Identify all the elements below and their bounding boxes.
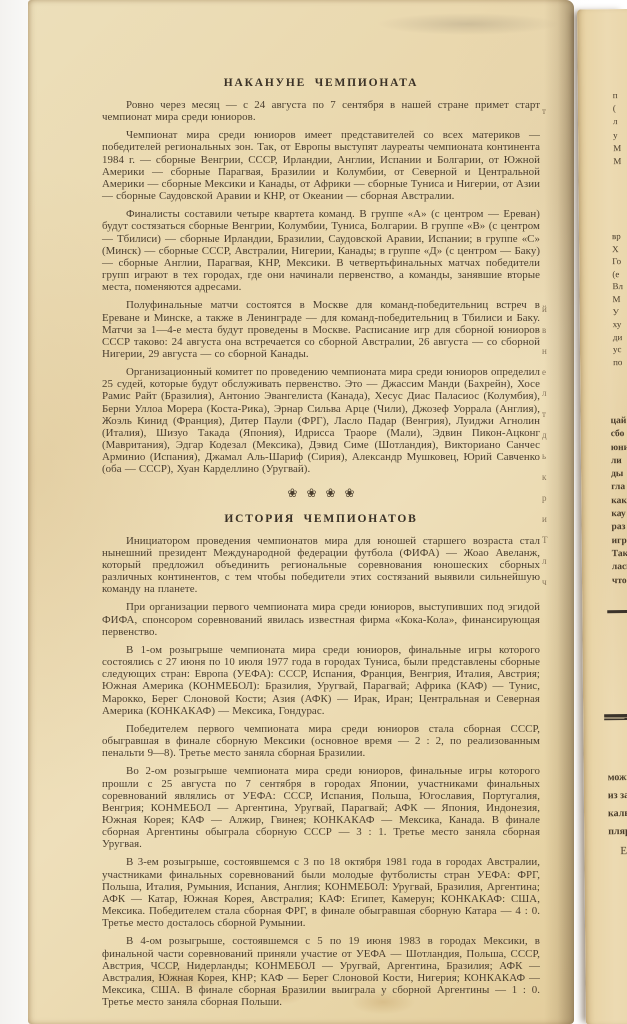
horizontal-rule [607,610,627,613]
text-column: НАКАНУНЕ ЧЕМПИОНАТА Ровно через месяц — … [102,76,540,1014]
paragraph: В 4-ом розыгрыше, состоявшемся с 5 по 19… [102,935,540,1008]
paragraph: В 1-ом розыгрыше чемпионата мира среди ю… [102,644,540,717]
horizontal-rule [604,714,627,720]
adjacent-page-text-fragment: Е. [620,845,627,857]
section-title-history: ИСТОРИЯ ЧЕМПИОНАТОВ [102,512,540,526]
paragraph: Организационный комитет по проведению че… [102,366,540,475]
page-edge-letter-fragments: й в н е л т д ь к р и Т л ч [542,299,548,593]
paragraph: Во 2-ом розыгрыше чемпионата мира среди … [102,765,540,850]
paragraph: Полуфинальные матчи состоятся в Москве д… [102,299,540,360]
adjacent-page-text-fragment: п ( л у М М [613,89,622,168]
paragraph: Чемпионат мира среди юниоров имеет предс… [102,129,540,202]
adjacent-page-edge: п ( л у М М вр Х Го (е Вл М У ху ди ус п… [577,9,627,1024]
florette-ornament-divider: ❀❀❀❀ [102,487,540,499]
paragraph: При организации первого чемпионата мира … [102,601,540,637]
section-title-pre-championship: НАКАНУНЕ ЧЕМПИОНАТА [102,76,540,90]
paragraph: Финалисты составили четыре квартета кома… [102,208,540,293]
booklet-left-page: НАКАНУНЕ ЧЕМПИОНАТА Ровно через месяц — … [28,0,574,1024]
paragraph: Победителем первого чемпионата мира сред… [102,723,540,759]
scanned-page-photo: НАКАНУНЕ ЧЕМПИОНАТА Ровно через месяц — … [0,0,627,1024]
adjacent-page-text-fragment: вр Х Го (е Вл М У ху ди ус по [612,230,624,369]
page-edge-letter-fragments: т [542,101,546,121]
adjacent-page-text-fragment: можн из за кальн пляре [608,769,627,841]
adjacent-page-text-fragment: цай сбо юни ли ды гла как кау раз игр Та… [611,415,627,588]
paragraph: В 3-ем розыгрыше, состоявшемся с 3 по 18… [102,856,540,929]
paragraph: Ровно через месяц — с 24 августа по 7 се… [102,99,540,123]
paragraph: Инициатором проведения чемпионатов мира … [102,535,540,596]
